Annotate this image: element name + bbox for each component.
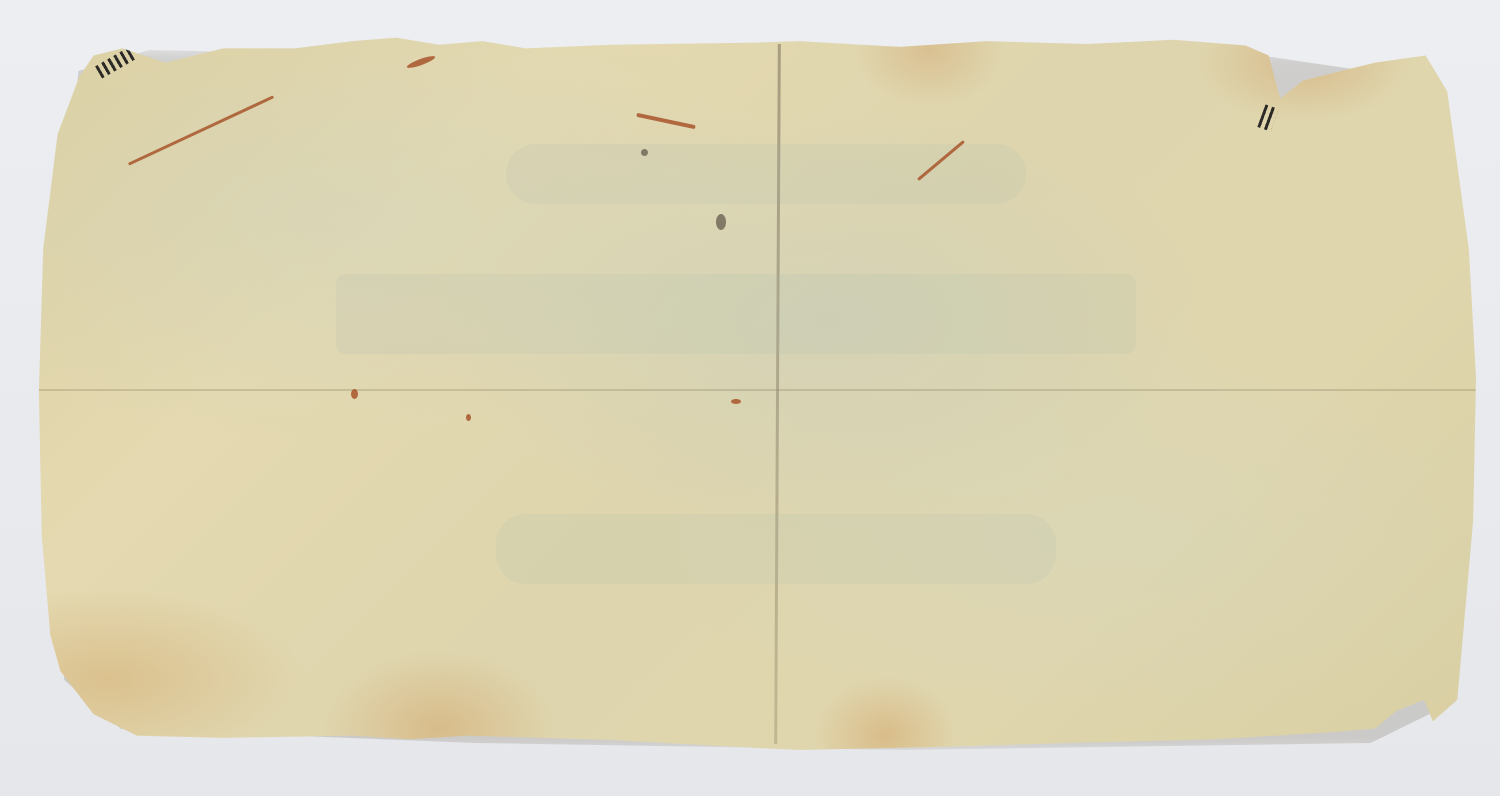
- printed-border-fragment-top-left: [95, 47, 135, 78]
- ink-spot: [716, 214, 726, 230]
- horizontal-fold-crease: [36, 389, 1476, 391]
- rust-spot: [731, 399, 741, 404]
- rust-stain-top-center: [636, 113, 696, 129]
- faded-print-block-middle: [336, 274, 1136, 354]
- photo-background: ​: [0, 0, 1500, 796]
- rust-spot: [466, 414, 471, 421]
- faded-print-block-bottom: [496, 514, 1056, 584]
- rust-spot: [351, 389, 358, 399]
- ink-spot: [641, 149, 648, 156]
- rust-stain-arc: [128, 95, 274, 165]
- rust-spot: [406, 54, 436, 70]
- banknote-reverse: ​: [36, 34, 1476, 750]
- printed-border-fragment-top-right: [1257, 104, 1278, 131]
